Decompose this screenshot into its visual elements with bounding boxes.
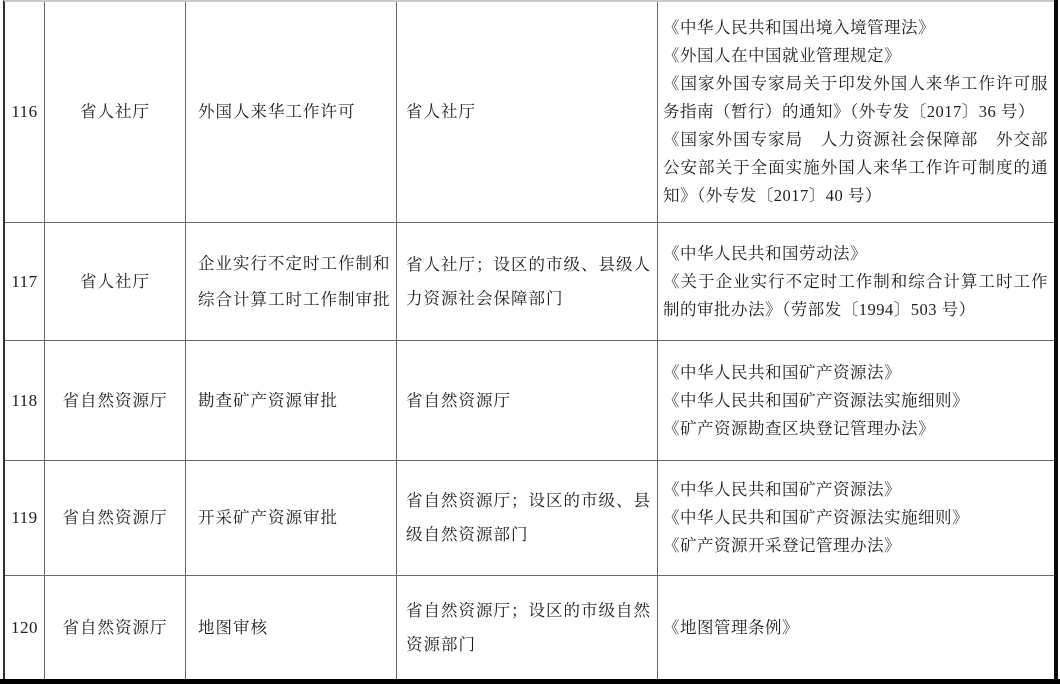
row-119-item-cell: 开采矿产资源审批 bbox=[186, 461, 397, 576]
approval-items-table: 116 省人社厅 外国人来华工作许可 省人社厅 《中华人民共和国出境入境管理法》… bbox=[3, 0, 1054, 679]
row-118-basis-cell: 《中华人民共和国矿产资源法》 《中华人民共和国矿产资源法实施细则》 《矿产资源勘… bbox=[658, 341, 1054, 461]
legal-basis-line: 《中华人民共和国出境入境管理法》 bbox=[663, 14, 1048, 42]
legal-basis-line: 《中华人民共和国劳动法》 bbox=[663, 240, 1048, 268]
department-label: 省人社厅 bbox=[80, 264, 150, 300]
legal-basis-line: 《矿产资源勘查区块登记管理办法》 bbox=[663, 415, 1048, 443]
legal-basis-line: 《国家外国专家局 人力资源社会保障部 外交部 公安部关于全面实施外国人来华工作许… bbox=[663, 126, 1048, 210]
authority-label: 省人社厅；设区的市级、县级人力资源社会保障部门 bbox=[406, 248, 653, 316]
row-117-item-cell: 企业实行不定时工作制和综合计算工时工作制审批 bbox=[186, 223, 397, 341]
row-120-authority-cell: 省自然资源厅；设区的市级自然资源部门 bbox=[397, 576, 658, 679]
row-116-department-cell: 省人社厅 bbox=[45, 2, 186, 223]
page-right-edge bbox=[1054, 0, 1058, 684]
row-116-number-cell: 116 bbox=[5, 2, 45, 223]
document-page: 116 省人社厅 外国人来华工作许可 省人社厅 《中华人民共和国出境入境管理法》… bbox=[0, 0, 1060, 684]
legal-basis-line: 《中华人民共和国矿产资源法》 bbox=[663, 359, 1048, 387]
row-119-basis-cell: 《中华人民共和国矿产资源法》 《中华人民共和国矿产资源法实施细则》 《矿产资源开… bbox=[658, 461, 1054, 576]
item-label: 勘查矿产资源审批 bbox=[198, 383, 392, 419]
authority-label: 省自然资源厅；设区的市级自然资源部门 bbox=[406, 594, 653, 662]
row-119-number-cell: 119 bbox=[5, 461, 45, 576]
authority-label: 省自然资源厅；设区的市级、县级自然资源部门 bbox=[406, 484, 653, 552]
row-119-department-cell: 省自然资源厅 bbox=[45, 461, 186, 576]
row-number: 116 bbox=[11, 94, 37, 130]
row-120-basis-cell: 《地图管理条例》 bbox=[658, 576, 1054, 679]
row-116-item-cell: 外国人来华工作许可 bbox=[186, 2, 397, 223]
row-117-department-cell: 省人社厅 bbox=[45, 223, 186, 341]
legal-basis-line: 《外国人在中国就业管理规定》 bbox=[663, 42, 1048, 70]
row-116-authority-cell: 省人社厅 bbox=[397, 2, 658, 223]
row-117-authority-cell: 省人社厅；设区的市级、县级人力资源社会保障部门 bbox=[397, 223, 658, 341]
legal-basis-line: 《中华人民共和国矿产资源法实施细则》 bbox=[663, 504, 1048, 532]
item-label: 地图审核 bbox=[198, 610, 392, 646]
row-number: 119 bbox=[11, 500, 37, 536]
row-117-number-cell: 117 bbox=[5, 223, 45, 341]
item-label: 开采矿产资源审批 bbox=[198, 500, 392, 536]
department-label: 省自然资源厅 bbox=[63, 500, 168, 536]
legal-basis-line: 《国家外国专家局关于印发外国人来华工作许可服务指南（暂行）的通知》（外专发〔20… bbox=[663, 70, 1048, 126]
row-118-number-cell: 118 bbox=[5, 341, 45, 461]
item-label: 企业实行不定时工作制和综合计算工时工作制审批 bbox=[198, 246, 392, 318]
department-label: 省自然资源厅 bbox=[63, 383, 168, 419]
row-116-basis-cell: 《中华人民共和国出境入境管理法》 《外国人在中国就业管理规定》 《国家外国专家局… bbox=[658, 2, 1054, 223]
row-120-department-cell: 省自然资源厅 bbox=[45, 576, 186, 679]
row-number: 118 bbox=[11, 383, 37, 419]
legal-basis-line: 《地图管理条例》 bbox=[663, 614, 1048, 642]
row-number: 120 bbox=[11, 610, 38, 646]
legal-basis-line: 《矿产资源开采登记管理办法》 bbox=[663, 532, 1048, 560]
legal-basis-line: 《关于企业实行不定时工作制和综合计算工时工作制的审批办法》（劳部发〔1994〕5… bbox=[663, 268, 1048, 324]
authority-label: 省自然资源厅 bbox=[406, 384, 653, 418]
department-label: 省人社厅 bbox=[80, 94, 150, 130]
row-119-authority-cell: 省自然资源厅；设区的市级、县级自然资源部门 bbox=[397, 461, 658, 576]
page-bottom-edge bbox=[0, 679, 1060, 684]
row-118-item-cell: 勘查矿产资源审批 bbox=[186, 341, 397, 461]
row-118-department-cell: 省自然资源厅 bbox=[45, 341, 186, 461]
department-label: 省自然资源厅 bbox=[63, 610, 168, 646]
row-number: 117 bbox=[11, 264, 37, 300]
row-118-authority-cell: 省自然资源厅 bbox=[397, 341, 658, 461]
row-120-item-cell: 地图审核 bbox=[186, 576, 397, 679]
row-117-basis-cell: 《中华人民共和国劳动法》 《关于企业实行不定时工作制和综合计算工时工作制的审批办… bbox=[658, 223, 1054, 341]
row-120-number-cell: 120 bbox=[5, 576, 45, 679]
legal-basis-line: 《中华人民共和国矿产资源法》 bbox=[663, 476, 1048, 504]
legal-basis-line: 《中华人民共和国矿产资源法实施细则》 bbox=[663, 387, 1048, 415]
authority-label: 省人社厅 bbox=[406, 95, 653, 129]
item-label: 外国人来华工作许可 bbox=[198, 94, 392, 130]
